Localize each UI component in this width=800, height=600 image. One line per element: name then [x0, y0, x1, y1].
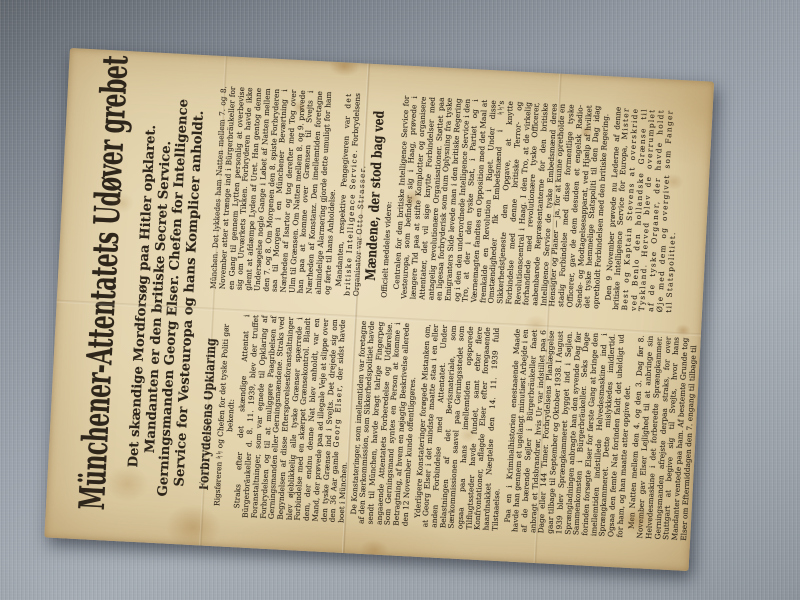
ss-runes-icon: ᛋᛋ — [215, 450, 224, 459]
paragraph-p6: München. Det lykkedes ham Natten mellem … — [210, 86, 342, 295]
paragraph-p8: Centralen for den britiske Intelligence … — [392, 95, 611, 309]
leaflet-paper: Münchener-Attentatets Udøver grebet Det … — [44, 48, 714, 571]
paragraph-p1: Straks efter det skændige Attentat i Bür… — [233, 314, 357, 523]
paragraph-text: Straks efter det skændige Attentat i Bür… — [233, 314, 341, 522]
right-column: München. Det lykkedes ham Natten mellem … — [210, 86, 712, 314]
left-column: Forbrydelsens Opklaring Rigsføreren ᛋᛋ o… — [198, 313, 700, 541]
masthead: Münchener-Attentatets Udøver grebet Det … — [72, 77, 209, 514]
body-columns: Forbrydelsens Opklaring Rigsføreren ᛋᛋ o… — [198, 84, 712, 541]
emphasized-text-georg-elser: Georg Elser, — [332, 384, 344, 448]
paragraph-p2: De Konstateringer, som imellemtiden var … — [349, 321, 420, 527]
emphasized-text-best-stevens: Mister Best og Kaptain Stevens at oversk… — [620, 107, 677, 313]
paragraph-p4: Paa en i Kriminalhistorien enestaaende M… — [503, 329, 635, 538]
paragraph-p5: Men Natten mellem den 4. og den 3. Dag f… — [628, 335, 699, 541]
paragraph-p3: Yderligere Konstateringer forøgede Mista… — [413, 324, 511, 531]
byline-text-pre: Rigsføreren — [212, 462, 223, 507]
paragraph-p9: Den 9 November prøvede nu Lederne af den… — [604, 107, 684, 313]
leaflet-document: Münchener-Attentatets Udøver grebet Det … — [44, 48, 714, 571]
